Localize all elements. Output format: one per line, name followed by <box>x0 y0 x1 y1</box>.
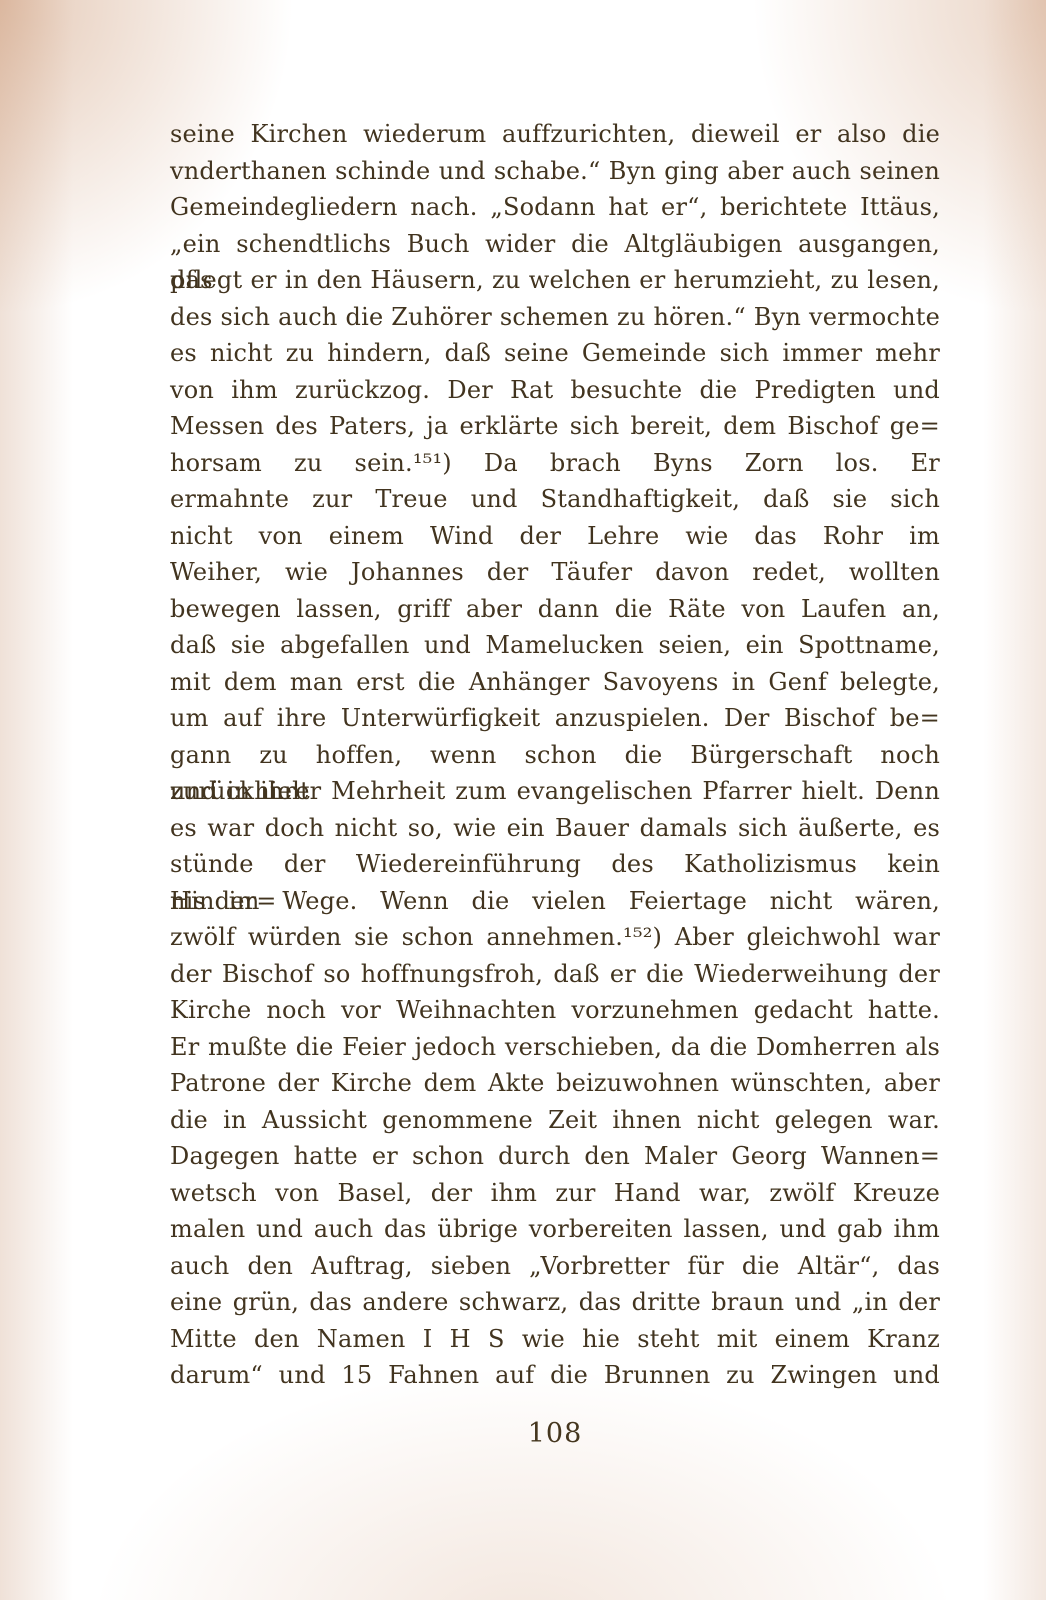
text-line: Er mußte die Feier jedoch verschieben, d… <box>170 1029 940 1066</box>
text-line: die in Aussicht genommene Zeit ihnen nic… <box>170 1102 940 1139</box>
page-number: 108 <box>170 1418 940 1449</box>
text-line: Patrone der Kirche dem Akte beizuwohnen … <box>170 1065 940 1102</box>
text-line: malen und auch das übrige vorbereiten la… <box>170 1211 940 1248</box>
text-line: es nicht zu hindern, daß seine Gemeinde … <box>170 335 940 372</box>
text-line: daß sie abgefallen und Mamelucken seien,… <box>170 627 940 664</box>
text-line: gann zu hoffen, wenn schon die Bürgersch… <box>170 737 940 774</box>
text-line: nis im Wege. Wenn die vielen Feiertage n… <box>170 883 940 920</box>
text-line: Dagegen hatte er schon durch den Maler G… <box>170 1138 940 1175</box>
text-line: und in ihrer Mehrheit zum evangelischen … <box>170 773 940 810</box>
text-line: zwölf würden sie schon annehmen.¹⁵²) Abe… <box>170 919 940 956</box>
text-line: Mitte den Namen I H S wie hie steht mit … <box>170 1321 940 1358</box>
text-line: stünde der Wiedereinführung des Katholiz… <box>170 846 940 883</box>
text-line: wetsch von Basel, der ihm zur Hand war, … <box>170 1175 940 1212</box>
text-line: der Bischof so hoffnungsfroh, daß er die… <box>170 956 940 993</box>
page-text: seine Kirchen wiederum auffzurichten, di… <box>170 116 940 1394</box>
text-line: auch den Auftrag, sieben „Vorbretter für… <box>170 1248 940 1285</box>
text-line: Gemeindegliedern nach. „Sodann hat er“, … <box>170 189 940 226</box>
text-line: eine grün, das andere schwarz, das dritt… <box>170 1284 940 1321</box>
text-line: nicht von einem Wind der Lehre wie das R… <box>170 518 940 555</box>
text-line: Kirche noch vor Weihnachten vorzunehmen … <box>170 992 940 1029</box>
text-line: Messen des Paters, ja erklärte sich bere… <box>170 408 940 445</box>
text-line: vnderthanen schinde und schabe.“ Byn gin… <box>170 153 940 190</box>
text-line: darum“ und 15 Fahnen auf die Brunnen zu … <box>170 1357 940 1394</box>
text-line: es war doch nicht so, wie ein Bauer dama… <box>170 810 940 847</box>
text-line: von ihm zurückzog. Der Rat besuchte die … <box>170 372 940 409</box>
text-line: mit dem man erst die Anhänger Savoyens i… <box>170 664 940 701</box>
text-line: Weiher, wie Johannes der Täufer davon re… <box>170 554 940 591</box>
text-line: ermahnte zur Treue und Standhaftigkeit, … <box>170 481 940 518</box>
text-line: bewegen lassen, griff aber dann die Räte… <box>170 591 940 628</box>
book-page: seine Kirchen wiederum auffzurichten, di… <box>0 0 1046 1600</box>
text-line: horsam zu sein.¹⁵¹) Da brach Byns Zorn l… <box>170 445 940 482</box>
text-line: pflegt er in den Häusern, zu welchen er … <box>170 262 940 299</box>
text-line: um auf ihre Unterwürfigkeit anzuspielen.… <box>170 700 940 737</box>
text-line: seine Kirchen wiederum auffzurichten, di… <box>170 116 940 153</box>
text-line: des sich auch die Zuhörer schemen zu hör… <box>170 299 940 336</box>
text-line: „ein schendtlichs Buch wider die Altgläu… <box>170 226 940 263</box>
